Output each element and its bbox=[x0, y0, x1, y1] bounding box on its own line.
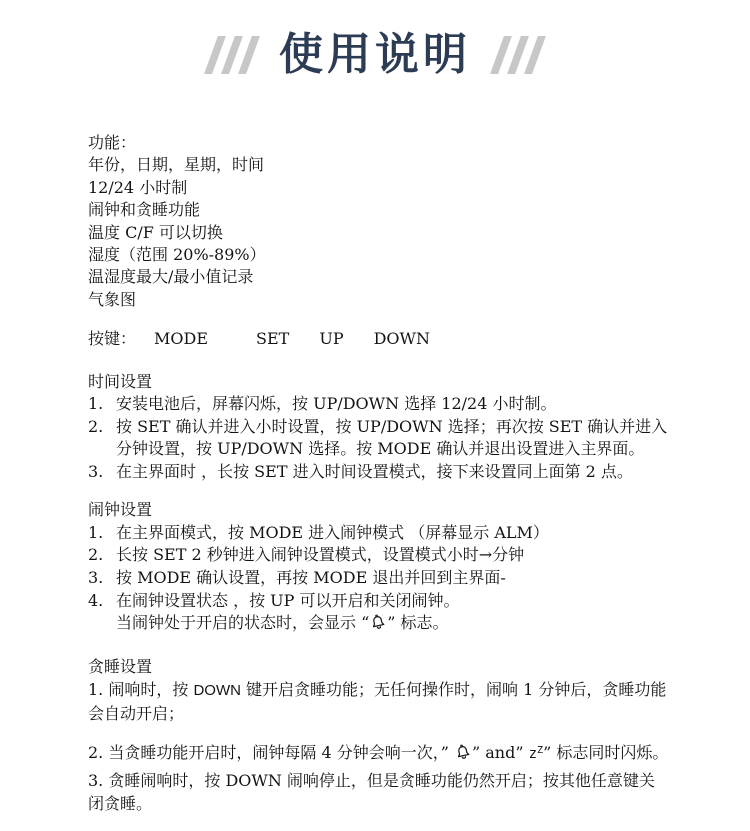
feature-item: 湿度（范围 20%-89%） bbox=[88, 244, 670, 266]
alarm-setting-section: 闹钟设置 1. 在主界面模式，按 MODE 进入闹钟模式 （屏幕显示 ALM） … bbox=[88, 499, 670, 634]
key-set-label: SET bbox=[256, 328, 289, 350]
key-down-label: DOWN bbox=[374, 328, 430, 350]
down-key-label: DOWN bbox=[193, 682, 241, 699]
snooze-setting-heading: 贪睡设置 bbox=[88, 656, 670, 678]
snooze-item-1: 1. 闹响时，按 DOWN 键开启贪睡功能；无任何操作时，闹响 1 分钟后，贪睡… bbox=[88, 679, 670, 725]
list-item: 1. 在主界面模式，按 MODE 进入闹钟模式 （屏幕显示 ALM） bbox=[88, 522, 670, 545]
list-item: 1. 安装电池后，屏幕闪烁，按 UP/DOWN 选择 12/24 小时制。 bbox=[88, 393, 670, 416]
keys-line: 按键：MODESETUPDOWN bbox=[88, 328, 670, 350]
list-item: 4. 在闹钟设置状态 ，按 UP 可以开启和关闭闹钟。 当闹钟处于开启的状态时，… bbox=[88, 590, 670, 635]
bell-status-line: 当闹钟处于开启的状态时，会显示 “” 标志。 bbox=[116, 613, 449, 632]
page-header: 使用说明 bbox=[0, 26, 750, 84]
feature-item: 12/24 小时制 bbox=[88, 177, 670, 199]
bell-icon bbox=[452, 743, 473, 763]
manual-content: 功能： 年份，日期，星期，时间 12/24 小时制 闹钟和贪睡功能 温度 C/F… bbox=[0, 132, 750, 816]
time-setting-section: 时间设置 1. 安装电池后，屏幕闪烁，按 UP/DOWN 选择 12/24 小时… bbox=[88, 371, 670, 484]
list-item: 2. 按 SET 确认并进入小时设置，按 UP/DOWN 选择；再次按 SET … bbox=[88, 416, 670, 461]
keys-label: 按键： bbox=[88, 329, 136, 348]
list-item: 3. 按 MODE 确认设置，再按 MODE 退出并回到主界面- bbox=[88, 567, 670, 590]
snooze-item-2: 2. 当贪睡功能开启时，闹钟每隔 4 分钟会响一次，” ” and” zZ” 标… bbox=[88, 735, 670, 770]
features-heading: 功能： bbox=[88, 132, 670, 154]
feature-item: 温湿度最大/最小值记录 bbox=[88, 266, 670, 288]
key-mode-label: MODE bbox=[154, 328, 208, 350]
key-up-label: UP bbox=[319, 328, 343, 350]
time-setting-heading: 时间设置 bbox=[88, 371, 670, 393]
snooze-setting-section: 贪睡设置 1. 闹响时，按 DOWN 键开启贪睡功能；无任何操作时，闹响 1 分… bbox=[88, 656, 670, 816]
bell-icon bbox=[368, 613, 389, 633]
snooze-item-3: 3. 贪睡闹响时，按 DOWN 闹响停止，但是贪睡功能仍然开启；按其他任意键关闭… bbox=[88, 770, 670, 816]
alarm-setting-heading: 闹钟设置 bbox=[88, 499, 670, 521]
right-slashes-icon bbox=[497, 36, 539, 74]
list-item: 2. 长按 SET 2 秒钟进入闹钟设置模式，设置模式小时→分钟 bbox=[88, 544, 670, 567]
zz-snooze-icon: zZ bbox=[529, 746, 543, 762]
features-section: 功能： 年份，日期，星期，时间 12/24 小时制 闹钟和贪睡功能 温度 C/F… bbox=[88, 132, 670, 311]
page-title: 使用说明 bbox=[279, 33, 471, 77]
feature-item: 闹钟和贪睡功能 bbox=[88, 199, 670, 221]
list-item: 3. 在主界面时 ，长按 SET 进入时间设置模式，接下来设置同上面第 2 点。 bbox=[88, 461, 670, 484]
feature-item: 温度 C/F 可以切换 bbox=[88, 222, 670, 244]
left-slashes-icon bbox=[211, 36, 253, 74]
manual-page: 使用说明 功能： 年份，日期，星期，时间 12/24 小时制 闹钟和贪睡功能 温… bbox=[0, 0, 750, 831]
feature-item: 气象图 bbox=[88, 289, 670, 311]
feature-item: 年份，日期，星期，时间 bbox=[88, 154, 670, 176]
